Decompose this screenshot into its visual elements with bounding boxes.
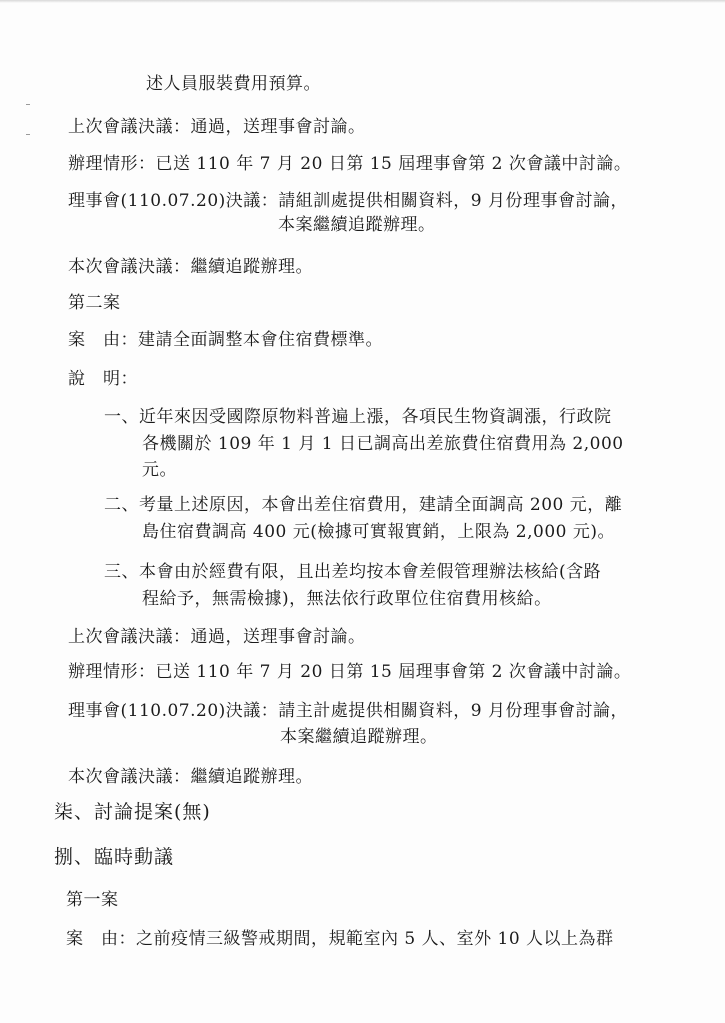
section-eight-heading: 捌、臨時動議 <box>54 846 174 868</box>
explanation-item-3-line2: 程給予，無需檢據)，無法依行政單位住宿費用核給。 <box>142 589 552 609</box>
section-seven-heading: 柒、討論提案(無) <box>54 801 211 823</box>
scan-mark <box>26 104 30 105</box>
case-two-current-resolution: 本次會議決議：繼續追蹤辦理。 <box>68 767 313 787</box>
explanation-item-2-line2: 島住宿費調高 400 元(檢據可實報實銷，上限為 2,000 元)。 <box>142 522 615 542</box>
explanation-item-1-line3: 元。 <box>142 460 177 480</box>
subject-text: 之前疫情三級警戒期間，規範室內 5 人、室外 10 人以上為群 <box>136 929 614 949</box>
board-resolution-line2: 本案繼續追蹤辦理。 <box>278 215 436 235</box>
explanation-item-3-line1: 三、本會由於經費有限，且出差均按本會差假管理辦法核給(含路 <box>104 562 601 582</box>
board-resolution-line1: 理事會(110.07.20)決議：請組訓處提供相關資料，9 月份理事會討論， <box>68 191 628 211</box>
scan-edge <box>0 0 725 3</box>
case-two-subject: 案 由：建請全面調整本會住宿費標準。 <box>68 330 383 350</box>
scan-mark <box>26 134 30 135</box>
current-meeting-resolution: 本次會議決議：繼續追蹤辦理。 <box>68 257 313 277</box>
item-marker: 三、 <box>104 562 139 582</box>
case-two-explanation-label: 說 明： <box>68 369 138 389</box>
handling-status: 辦理情形：已送 110 年 7 月 20 日第 15 屆理事會第 2 次會議中討… <box>68 154 631 174</box>
subject-text: 建請全面調整本會住宿費標準。 <box>138 330 383 350</box>
case-two-handling-status: 辦理情形：已送 110 年 7 月 20 日第 15 屆理事會第 2 次會議中討… <box>68 662 631 682</box>
continuation-tail-line: 述人員服裝費用預算。 <box>146 74 321 94</box>
subject-label: 案 由： <box>68 330 138 350</box>
last-meeting-resolution: 上次會議決議：通過，送理事會討論。 <box>68 117 366 137</box>
item-marker: 一、 <box>104 407 139 427</box>
document-page: 述人員服裝費用預算。 上次會議決議：通過，送理事會討論。 辦理情形：已送 110… <box>0 0 725 1023</box>
explanation-item-2-line1: 二、考量上述原因，本會出差住宿費用，建請全面調高 200 元，離 <box>104 495 622 515</box>
case-two-title: 第二案 <box>68 293 121 313</box>
case-two-last-resolution: 上次會議決議：通過，送理事會討論。 <box>68 627 366 647</box>
case-two-board-resolution-line2: 本案繼續追蹤辦理。 <box>280 727 438 747</box>
case-two-board-resolution-line1: 理事會(110.07.20)決議：請主計處提供相關資料，9 月份理事會討論， <box>68 701 628 721</box>
subject-label: 案 由： <box>66 929 136 949</box>
extempore-case-one-title: 第一案 <box>66 890 119 910</box>
extempore-case-one-subject: 案 由：之前疫情三級警戒期間，規範室內 5 人、室外 10 人以上為群 <box>66 929 614 949</box>
item-marker: 二、 <box>104 495 139 515</box>
explanation-item-1-line1: 一、近年來因受國際原物料普遍上漲，各項民生物資調漲，行政院 <box>104 407 612 427</box>
explanation-item-1-line2: 各機關於 109 年 1 月 1 日已調高出差旅費住宿費用為 2,000 <box>142 434 624 454</box>
